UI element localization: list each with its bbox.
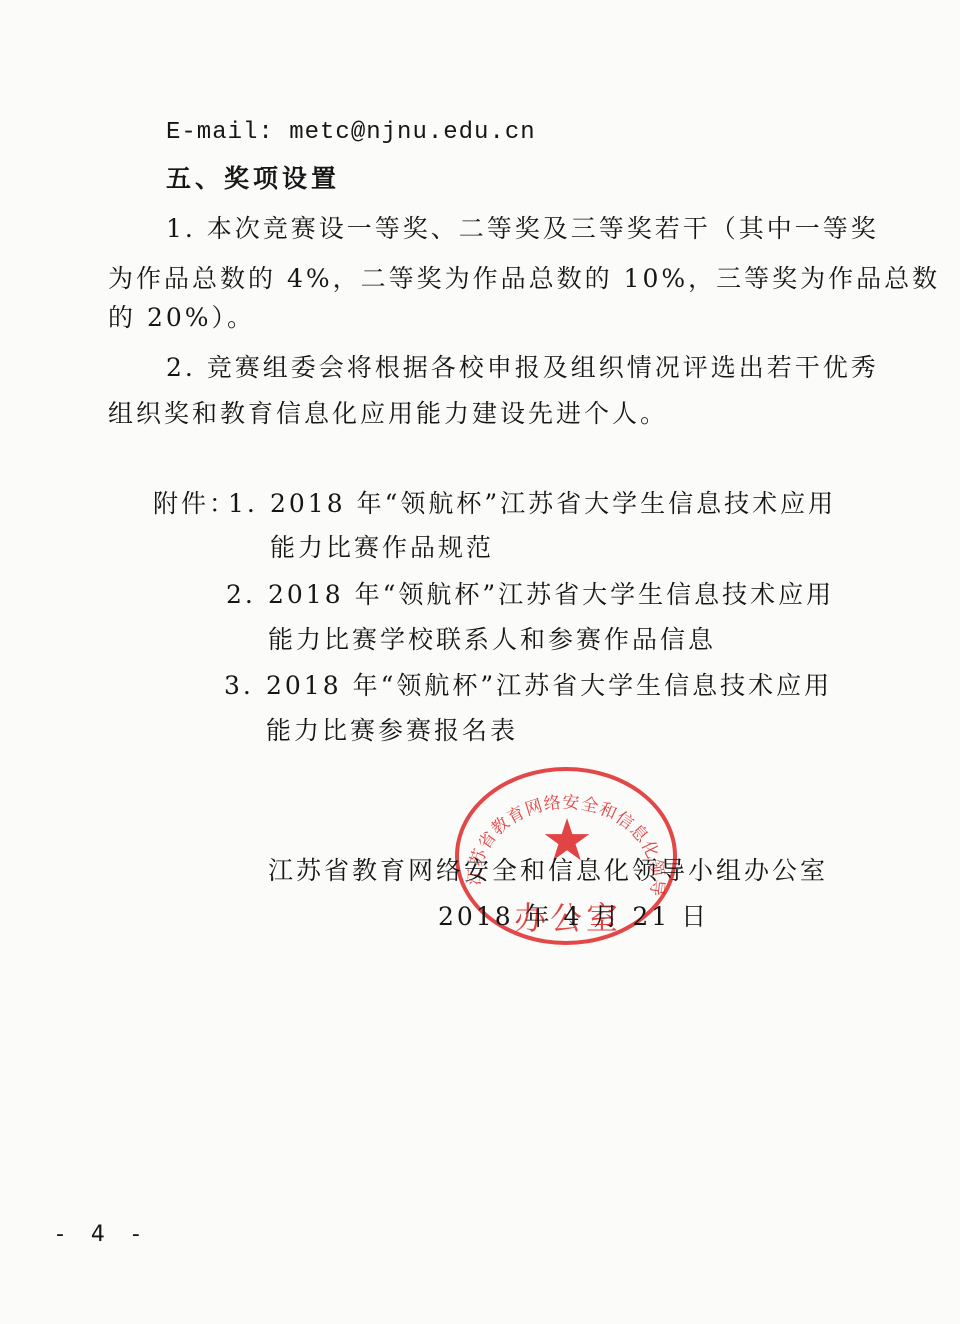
- attachment-3-line-1: 2018 年“领航杯”江苏省大学生信息技术应用: [266, 671, 832, 701]
- signature-date: 2018 年 4 月 21 日: [438, 902, 709, 932]
- award-item-1-line-2: 为作品总数的 4%，二等奖为作品总数的 10%，三等奖为作品总数: [108, 264, 940, 294]
- award-item-2-line-2: 组织奖和教育信息化应用能力建设先进个人。: [108, 399, 668, 429]
- attachment-3-line-2: 能力比赛参赛报名表: [266, 716, 518, 746]
- award-item-1-line-1: 1. 本次竞赛设一等奖、二等奖及三等奖若干（其中一等奖: [166, 214, 879, 244]
- page-number: - 4 -: [56, 1222, 150, 1247]
- attachment-3-number: 3.: [224, 671, 254, 701]
- attachment-2-number: 2.: [226, 580, 256, 610]
- attachment-2-line-1: 2018 年“领航杯”江苏省大学生信息技术应用: [268, 580, 834, 610]
- attachment-1-line-2: 能力比赛作品规范: [270, 533, 494, 563]
- section-heading: 五、奖项设置: [166, 164, 340, 194]
- email-line: E-mail: metc@njnu.edu.cn: [166, 118, 536, 148]
- attachment-1-line-1: 2018 年“领航杯”江苏省大学生信息技术应用: [270, 489, 836, 519]
- attachment-1-number: 1.: [228, 489, 258, 519]
- attachments-label: 附件：: [153, 489, 237, 519]
- award-item-2-line-1: 2. 竞赛组委会将根据各校申报及组织情况评选出若干优秀: [166, 353, 879, 383]
- signature-organization: 江苏省教育网络安全和信息化领导小组办公室: [268, 856, 828, 886]
- attachment-2-line-2: 能力比赛学校联系人和参赛作品信息: [268, 625, 716, 655]
- award-item-1-line-3: 的 20%）。: [108, 303, 255, 333]
